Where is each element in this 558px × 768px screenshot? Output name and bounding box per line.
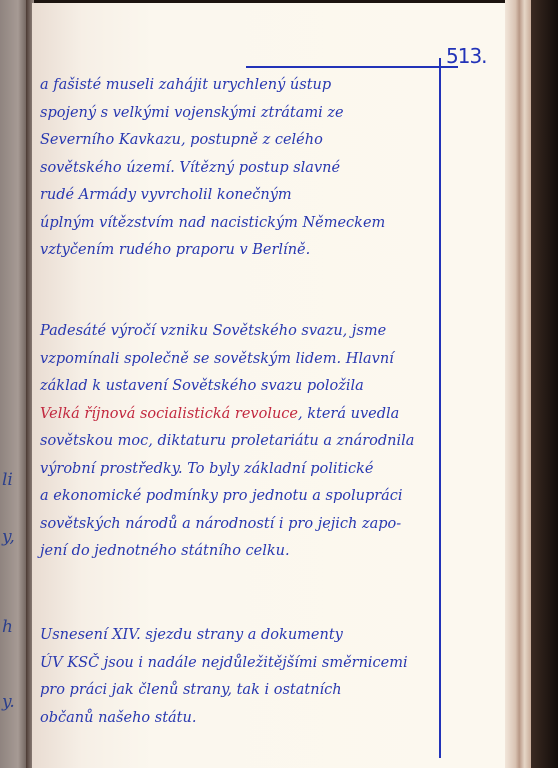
text-line: Severního Kavkazu, postupně z celého <box>40 127 440 155</box>
text-line: sovětskou moc, diktaturu proletariátu a … <box>40 428 440 456</box>
text-line: základ k ustavení Sovětského svazu polož… <box>40 373 440 401</box>
text-line: pro práci jak členů strany, tak i ostatn… <box>40 677 440 705</box>
paragraph-1: a fašisté museli zahájit urychlený ústup… <box>40 72 440 265</box>
text-segment: sovětských národů a národností i pro jej… <box>40 516 401 532</box>
text-line: a fašisté museli zahájit urychlený ústup <box>40 72 440 100</box>
paragraph-2: Padesáté výročí vzniku Sovětského svazu,… <box>40 318 440 566</box>
page-number: 513. <box>446 44 487 68</box>
text-line: Velká říjnová socialistická revoluce, kt… <box>40 401 440 429</box>
book-cover-edge <box>531 0 558 768</box>
previous-page-fragment: y. <box>2 692 15 712</box>
text-segment: vzpomínali společně se sovětským lidem. … <box>40 351 394 367</box>
text-line: a ekonomické podmínky pro jednotu a spol… <box>40 483 440 511</box>
text-segment: , která uvedla <box>298 406 399 422</box>
text-line: Padesáté výročí vzniku Sovětského svazu,… <box>40 318 440 346</box>
text-line: spojený s velkými vojenskými ztrátami ze <box>40 100 440 128</box>
text-line: vztyčením rudého praporu v Berlíně. <box>40 237 440 265</box>
text-line: občanů našeho státu. <box>40 705 440 733</box>
text-line: rudé Armády vyvrcholil konečným <box>40 182 440 210</box>
text-segment: Padesáté výročí vzniku Sovětského svazu,… <box>40 323 386 339</box>
previous-page-fragment: li <box>2 470 13 490</box>
text-line: vzpomínali společně se sovětským lidem. … <box>40 346 440 374</box>
text-segment: sovětskou moc, diktaturu proletariátu a … <box>40 433 414 449</box>
text-line: úplným vítězstvím nad nacistickým Německ… <box>40 210 440 238</box>
text-segment: výrobní prostředky. To byly základní pol… <box>40 461 373 477</box>
text-segment: jení do jednotného státního celku. <box>40 543 290 559</box>
text-segment: základ k ustavení Sovětského svazu polož… <box>40 378 364 394</box>
paragraph-3: Usnesení XIV. sjezdu strany a dokumenty … <box>40 622 440 732</box>
text-line: výrobní prostředky. To byly základní pol… <box>40 456 440 484</box>
text-line: sovětského území. Vítězný postup slavné <box>40 155 440 183</box>
previous-page-fragment: y, <box>2 527 15 547</box>
text-line: Usnesení XIV. sjezdu strany a dokumenty <box>40 622 440 650</box>
header-rule-line <box>246 66 458 68</box>
text-line: jení do jednotného státního celku. <box>40 538 440 566</box>
text-line: sovětských národů a národností i pro jej… <box>40 511 440 539</box>
previous-page-fragment: h <box>2 617 13 637</box>
page-stack-edge <box>505 0 531 768</box>
highlighted-red-text: Velká říjnová socialistická revoluce <box>40 406 298 422</box>
text-segment: a ekonomické podmínky pro jednotu a spol… <box>40 488 403 504</box>
text-line: ÚV KSČ jsou i nadále nejdůležitějšími sm… <box>40 650 440 678</box>
